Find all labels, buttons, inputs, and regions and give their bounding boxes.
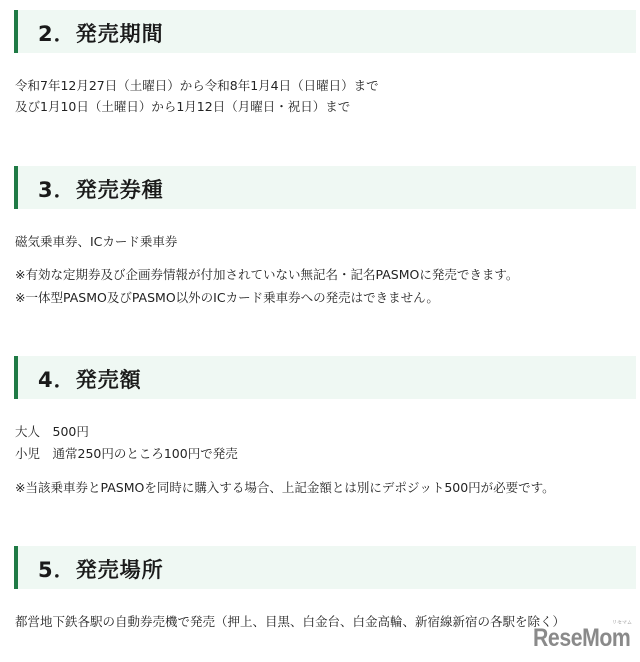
- section-heading-sales-period: 2．発売期間: [14, 10, 636, 53]
- ticket-types-note-1: ※有効な定期券及び企画券情報が付加されていない無記名・記名PASMOに発売できま…: [15, 265, 518, 283]
- heading-text: 2．発売期間: [38, 18, 164, 48]
- ticket-types-note-2: ※一体型PASMO及びPASMO以外のICカード乗車券への発売はできません。: [15, 288, 439, 306]
- price-adult: 大人 500円: [15, 422, 89, 440]
- section-heading-sales-location: 5．発売場所: [14, 546, 636, 589]
- heading-text: 3．発売券種: [38, 174, 164, 204]
- heading-text: 4．発売額: [38, 364, 142, 394]
- ticket-types-line-1: 磁気乗車券、ICカード乗車券: [15, 232, 177, 250]
- resemom-logo: ReseMom: [533, 624, 630, 653]
- price-child: 小児 通常250円のところ100円で発売: [15, 444, 238, 462]
- heading-text: 5．発売場所: [38, 554, 164, 584]
- section-heading-ticket-types: 3．発売券種: [14, 166, 636, 209]
- sales-period-line-1: 令和7年12月27日（土曜日）から令和8年1月4日（日曜日）まで: [15, 76, 379, 94]
- price-note: ※当該乗車券とPASMOを同時に購入する場合、上記金額とは別にデポジット500円…: [15, 478, 555, 496]
- section-heading-price: 4．発売額: [14, 356, 636, 399]
- sales-period-line-2: 及び1月10日（土曜日）から1月12日（月曜日・祝日）まで: [15, 97, 350, 115]
- sales-location-line-1: 都営地下鉄各駅の自動券売機で発売（押上、目黒、白金台、白金高輪、新宿線新宿の各駅…: [15, 612, 565, 630]
